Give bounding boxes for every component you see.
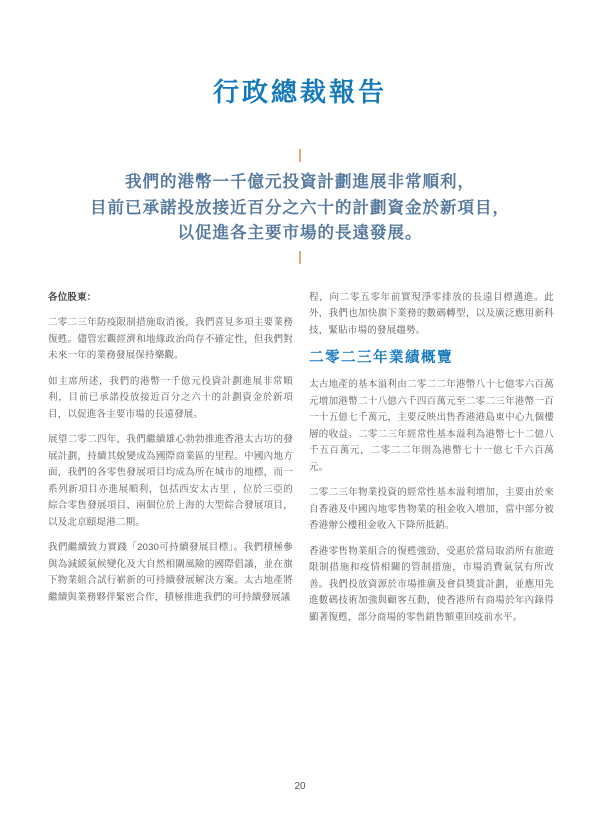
body-paragraph: 二零二三年防疫限制措施取消後，我們喜見多項主要業務復甦。儘管宏觀經濟和地緣政治尚…: [48, 315, 293, 365]
body-paragraph: 太古地產的基本溢利由二零二二年港幣八十七億零六百萬元增加港幣二十八億六千四百萬元…: [309, 377, 554, 476]
page-title: 行政總裁報告: [0, 78, 600, 106]
section-heading-2023-results: 二零二三年業績概覽: [309, 348, 554, 368]
body-paragraph: 二零二三年物業投資的經常性基本溢利增加，主要由於來自香港及中國內地零售物業的租金…: [309, 485, 554, 535]
body-paragraph: 展望二零二四年，我們繼續雄心勃勃推進香港太古坊的發展計劃，持續其蛻變成為國際商業…: [48, 432, 293, 531]
left-column: 各位股東： 二零二三年防疫限制措施取消後，我們喜見多項主要業務復甦。儘管宏觀經濟…: [48, 290, 293, 636]
orange-divider-bottom: [299, 251, 301, 264]
salutation: 各位股東：: [48, 290, 293, 307]
right-column: 程，向二零五零年前實現淨零排放的長遠目標邁進。此外，我們也加快旗下業務的數碼轉型…: [309, 290, 554, 636]
body-paragraph: 如主席所述，我們的港幣一千億元投資計劃進展非常順利，目前已承諾投放接近百分之六十…: [48, 374, 293, 424]
body-columns: 各位股東： 二零二三年防疫限制措施取消後，我們喜見多項主要業務復甦。儘管宏觀經濟…: [0, 290, 600, 636]
pull-quote: 我們的港幣一千億元投資計劃進展非常順利， 目前已承諾投放接近百分之六十的計劃資金…: [0, 170, 600, 247]
body-paragraph: 程，向二零五零年前實現淨零排放的長遠目標邁進。此外，我們也加快旗下業務的數碼轉型…: [309, 290, 554, 340]
orange-divider-top: [299, 149, 301, 162]
report-page: 行政總裁報告 我們的港幣一千億元投資計劃進展非常順利， 目前已承諾投放接近百分之…: [0, 0, 600, 814]
page-number: 20: [0, 781, 600, 792]
pull-quote-line: 以促進各主要市場的長遠發展。: [0, 221, 600, 247]
pull-quote-line: 目前已承諾投放接近百分之六十的計劃資金於新項目，: [0, 196, 600, 222]
pull-quote-line: 我們的港幣一千億元投資計劃進展非常順利，: [0, 170, 600, 196]
body-paragraph: 香港零售物業組合的復甦強勁，受惠於當局取消所有旅遊限制措施和疫情相關的管制措施，…: [309, 544, 554, 627]
body-paragraph: 我們繼續致力實踐「2030可持續發展目標」。我們積極參與為減緩氣候變化及大自然相…: [48, 540, 293, 606]
